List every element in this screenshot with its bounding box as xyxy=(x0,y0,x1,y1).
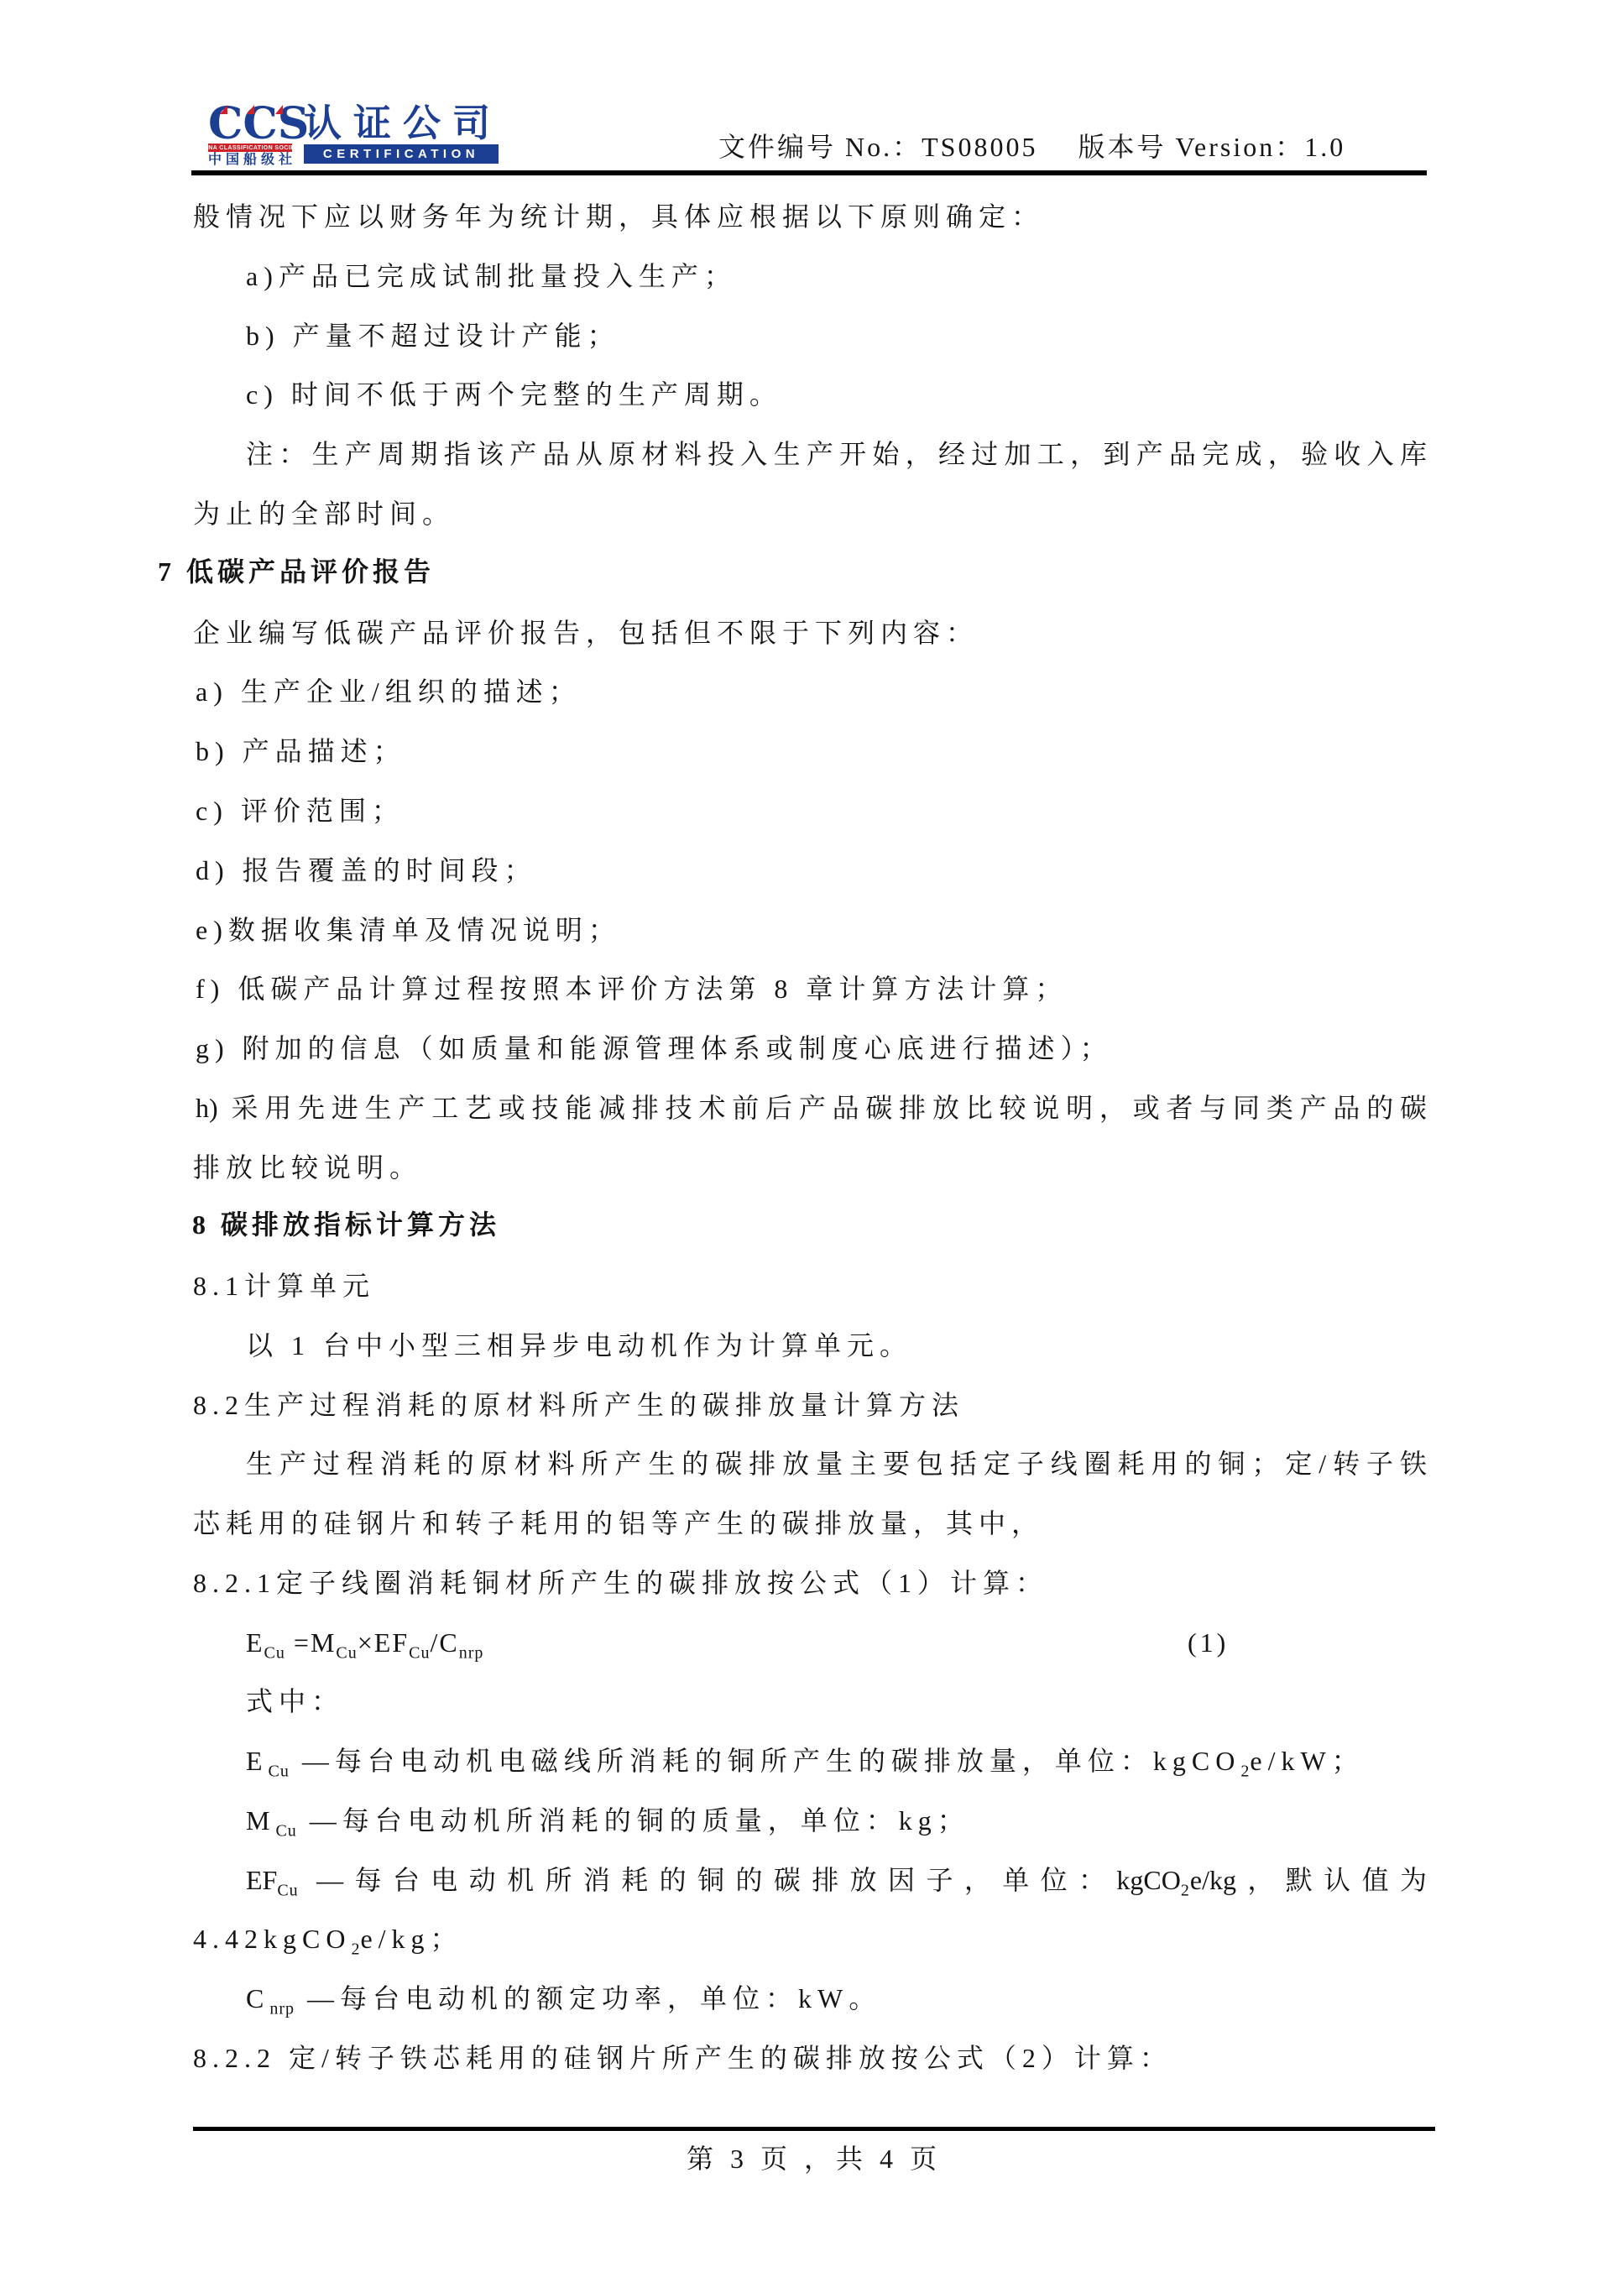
list-item-h-continued: 排放比较说明。 xyxy=(193,1150,422,1185)
section-heading-7: 7 低碳产品评价报告 xyxy=(158,554,435,589)
definition-text: e/kg，默认值为 xyxy=(1190,1865,1427,1895)
unit-subscript: 2 xyxy=(1240,1762,1250,1780)
paragraph-line: 生产过程消耗的原材料所产生的碳排放量主要包括定子线圈耗用的铜；定/转子铁 xyxy=(246,1446,1427,1481)
formula-subscript: Cu xyxy=(336,1643,357,1662)
subsection-8-2: 8.2生产过程消耗的原材料所产生的碳排放量计算方法 xyxy=(193,1387,964,1423)
list-item-a: a) 生产企业/组织的描述； xyxy=(196,674,582,709)
document-number: 文件编号 No.：TS08005 xyxy=(718,126,1037,165)
definition-e-cu: ECu —每台电动机电磁线所消耗的铜所产生的碳排放量，单位：kgCO2e/kW； xyxy=(246,1743,1365,1778)
ccs-logo: CCS CHINA CLASSIFICATION SOCIETY 中 国 船 级… xyxy=(208,106,292,168)
certification-logo: 认证公司 CERTIFICATION xyxy=(304,104,499,164)
symbol-subscript: Cu xyxy=(277,1881,298,1899)
definition-m-cu: MCu —每台电动机所消耗的铜的质量，单位：kg； xyxy=(246,1803,970,1838)
list-item-d: d) 报告覆盖的时间段； xyxy=(196,853,537,888)
society-name-chinese: 中 国 船 级 社 xyxy=(208,153,292,168)
formula-term: ×EF xyxy=(358,1627,409,1658)
society-cn-char: 中 xyxy=(208,153,222,168)
formula-legend-label: 式中： xyxy=(246,1684,344,1719)
society-cn-char: 船 xyxy=(243,153,257,168)
society-name-banner: CHINA CLASSIFICATION SOCIETY xyxy=(208,144,292,152)
definition-text: —每台电动机所消耗的铜的碳排放因子，单位：kgCO xyxy=(299,1865,1181,1895)
formula-subscript: Cu xyxy=(409,1643,430,1662)
definition-text: 4.42kgCO xyxy=(193,1924,351,1954)
document-header-info: 文件编号 No.：TS08005 版本号 Version：1.0 xyxy=(718,126,1345,165)
version-number: 版本号 Version：1.0 xyxy=(1078,126,1345,165)
list-item-c: c) 评价范围； xyxy=(196,793,405,828)
symbol: M xyxy=(246,1805,275,1836)
society-cn-char: 国 xyxy=(226,153,239,168)
formula-1: ECu =MCu×EFCu/Cnrp (1) xyxy=(246,1625,1427,1660)
list-item-b: b) 产品描述； xyxy=(196,734,406,769)
note-line: 注：生产周期指该产品从原材料投入生产开始，经过加工，到产品完成，验收入库 xyxy=(246,436,1427,472)
definition-text: —每台电动机所消耗的铜的质量，单位：kg； xyxy=(297,1805,970,1836)
note-line-continued: 为止的全部时间。 xyxy=(193,496,455,531)
symbol-subscript: nrp xyxy=(269,1999,295,2018)
list-item-b: b) 产量不超过设计产能； xyxy=(246,318,620,353)
definition-c-nrp: Cnrp —每台电动机的额定功率，单位：kW。 xyxy=(246,1981,881,2016)
symbol: E xyxy=(246,1746,269,1776)
page-number-indicator: 第 3 页 ，共 4 页 xyxy=(193,2138,1435,2176)
certification-banner: CERTIFICATION xyxy=(304,144,499,164)
society-cn-char: 级 xyxy=(261,153,274,168)
symbol-subscript: Cu xyxy=(275,1821,296,1840)
formula-subscript: Cu xyxy=(264,1643,285,1662)
certification-company-chinese: 认证公司 xyxy=(304,104,499,143)
symbol-subscript: Cu xyxy=(269,1762,290,1780)
definition-text: e/kW； xyxy=(1250,1746,1364,1776)
list-item-h: h) 采用先进生产工艺或技能减排技术前后产品碳排放比较说明，或者与同类产品的碳 xyxy=(196,1090,1427,1125)
list-item-e: e)数据收集清单及情况说明； xyxy=(196,912,621,948)
unit-subscript: 2 xyxy=(351,1940,360,1958)
subsection-8-2-2: 8.2.2 定/转子铁芯耗用的硅钢片所产生的碳排放按公式（2）计算： xyxy=(193,2040,1172,2076)
list-item-c: c) 时间不低于两个完整的生产周期。 xyxy=(246,377,782,412)
list-item-a: a)产品已完成试制批量投入生产； xyxy=(246,259,737,294)
paragraph-line: 般情况下应以财务年为统计期，具体应根据以下原则确定： xyxy=(193,199,1044,234)
unit-subscript: 2 xyxy=(1181,1881,1190,1899)
society-cn-char: 社 xyxy=(279,153,292,168)
symbol: C xyxy=(246,1983,269,2013)
definition-text: e/kg； xyxy=(360,1924,462,1954)
formula-subscript: nrp xyxy=(459,1643,484,1662)
definition-ef-cu: EFCu —每台电动机所消耗的铜的碳排放因子，单位：kgCO2e/kg，默认值为 xyxy=(246,1862,1427,1898)
symbol: EF xyxy=(246,1865,277,1895)
equation-number: (1) xyxy=(1188,1625,1229,1660)
list-item-f: f) 低碳产品计算过程按照本评价方法第 8 章计算方法计算； xyxy=(196,971,1068,1006)
paragraph-line: 以 1 台中小型三相异步电动机作为计算单元。 xyxy=(246,1328,912,1363)
formula-term: =M xyxy=(285,1627,337,1658)
document-page: CCS CHINA CLASSIFICATION SOCIETY 中 国 船 级… xyxy=(0,0,1624,2277)
section-heading-8: 8 碳排放指标计算方法 xyxy=(192,1207,500,1242)
footer-divider xyxy=(193,2127,1435,2131)
definition-text: —每台电动机电磁线所消耗的铜所产生的碳排放量，单位：kgCO xyxy=(290,1746,1240,1776)
formula-term: E xyxy=(246,1627,264,1658)
list-item-g: g) 附加的信息（如质量和能源管理体系或制度心底进行描述）； xyxy=(196,1031,1113,1066)
subsection-8-1: 8.1计算单元 xyxy=(193,1268,375,1303)
definition-text: —每台电动机的额定功率，单位：kW。 xyxy=(295,1983,881,2013)
definition-ef-cu-continued: 4.42kgCO2e/kg； xyxy=(193,1921,463,1956)
paragraph-line: 企业编写低碳产品评价报告，包括但不限于下列内容： xyxy=(193,615,979,650)
subsection-8-2-1: 8.2.1定子线圈消耗铜材所产生的碳排放按公式（1）计算： xyxy=(193,1565,1048,1601)
header-divider xyxy=(191,170,1427,175)
formula-term: /C xyxy=(430,1627,458,1658)
paragraph-line-continued: 芯耗用的硅钢片和转子耗用的铝等产生的碳排放量，其中， xyxy=(193,1506,1044,1541)
